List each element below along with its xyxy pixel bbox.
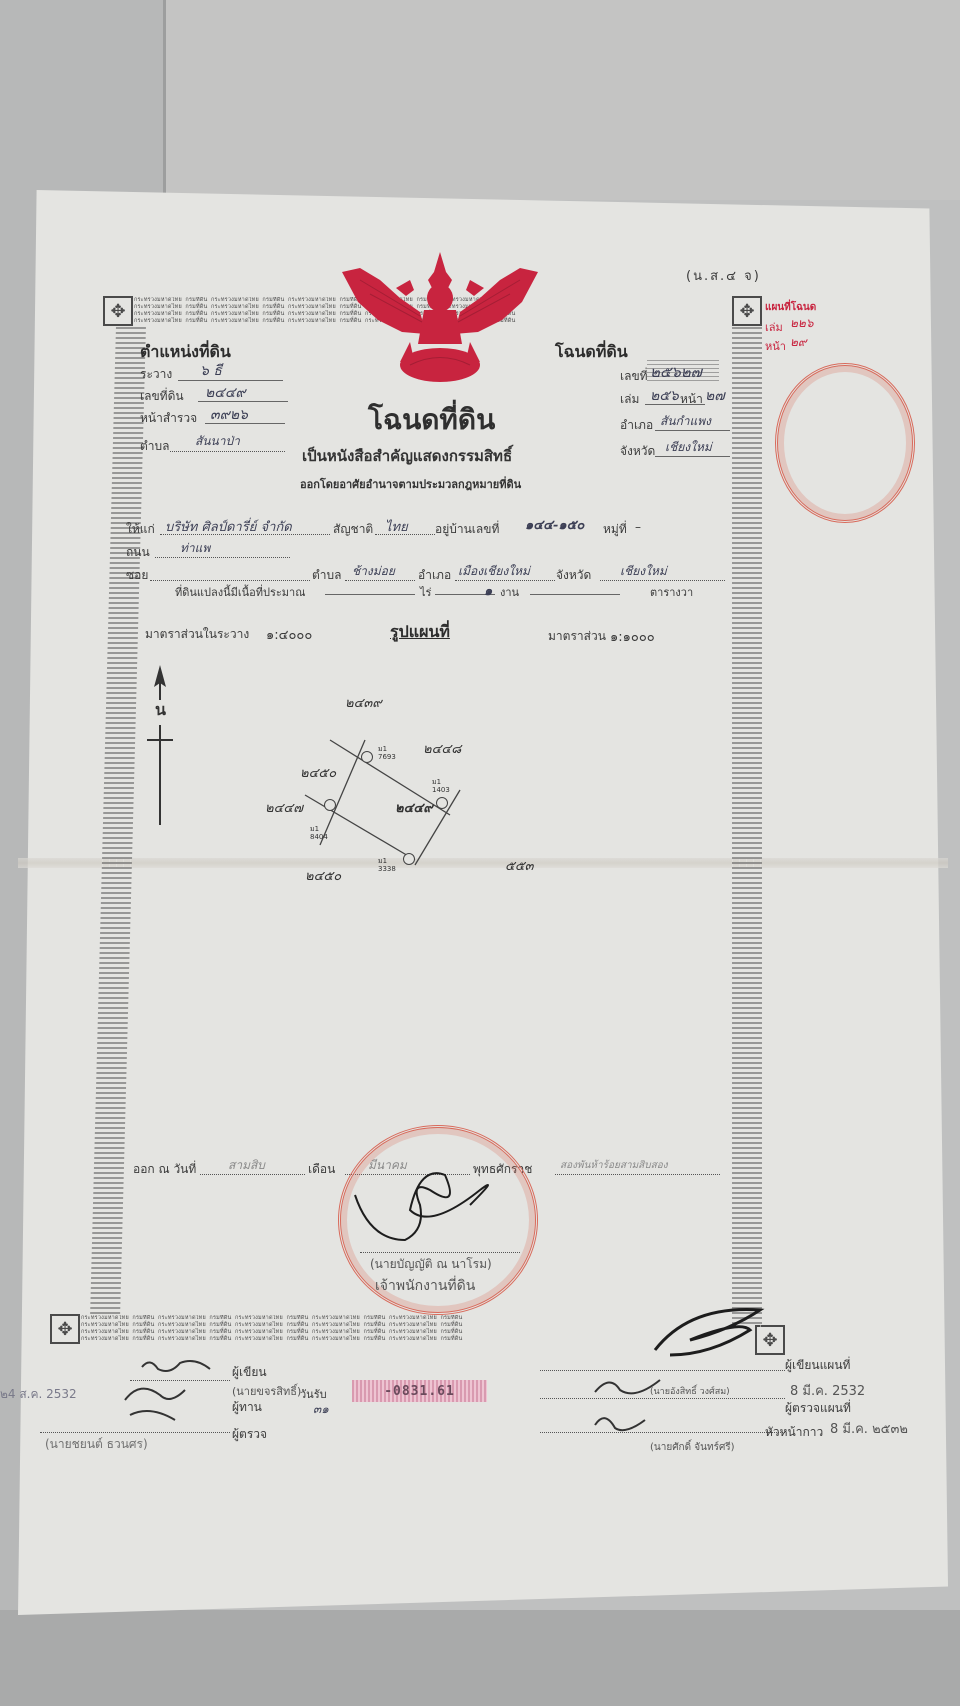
field-underline xyxy=(155,557,290,558)
field-underline xyxy=(530,594,620,595)
paper-fold-crease xyxy=(18,858,948,868)
checker-signature-icon xyxy=(115,1375,195,1425)
land-location-label-tambon: ตำบล xyxy=(140,437,170,456)
boundary-marker-icon xyxy=(436,797,448,809)
field-underline xyxy=(40,1432,230,1433)
form-code: (น.ส.๔ จ) xyxy=(686,265,761,286)
authority-line: ออกโดยอาศัยอำนาจตามประมวลกฎหมายที่ดิน xyxy=(300,475,521,493)
deed-number-value: ๒๕๖๒๗ xyxy=(650,360,702,384)
parcel-label-subject: ๒๔๔๙ xyxy=(395,797,433,818)
deed-page-label: หน้า xyxy=(680,390,703,409)
map-scale-left-label: มาตราส่วนในระวาง xyxy=(145,625,249,644)
field-underline xyxy=(170,451,285,452)
side-stamp-volume-value: ๒๒๖ xyxy=(790,314,813,333)
field-underline xyxy=(360,1252,520,1253)
deed-amphoe-label: อำเภอ xyxy=(620,416,653,435)
ngan-value: ๑ xyxy=(484,580,492,601)
field-underline xyxy=(375,534,435,535)
field-underline xyxy=(600,580,725,581)
field-underline xyxy=(655,430,730,431)
corner-ornament-icon: ✥ xyxy=(103,296,133,326)
tambon-value: ช้างม่อย xyxy=(352,562,395,581)
marker-label: ม18404 xyxy=(310,825,328,841)
field-underline xyxy=(655,456,730,457)
field-underline xyxy=(150,580,310,581)
field-underline xyxy=(198,401,288,402)
corner-ornament-icon: ✥ xyxy=(50,1314,80,1344)
parcel-label: ๒๔๕๐ xyxy=(305,865,341,886)
marker-label: ม17693 xyxy=(378,745,396,761)
land-location-value-sheet: ๖ ธี xyxy=(200,360,222,382)
field-underline xyxy=(200,1174,305,1175)
address-label: อยู่บ้านเลขที่ xyxy=(435,520,499,539)
tambon-label: ตำบล xyxy=(312,566,342,585)
serial-number: -0831.61 xyxy=(352,1380,487,1402)
background-seam xyxy=(163,0,166,200)
ngan-label: งาน xyxy=(500,583,519,601)
field-underline xyxy=(540,1370,785,1371)
province-label: จังหวัด xyxy=(556,566,591,585)
map-heading: รูปแผนที่ xyxy=(390,620,450,645)
issued-month-label: เดือน xyxy=(308,1160,335,1179)
field-underline xyxy=(540,1398,785,1399)
official-signature-icon xyxy=(350,1170,510,1260)
parcel-label: ๕๕๓ xyxy=(505,855,534,876)
north-label: น xyxy=(155,698,166,723)
deed-info-heading: โฉนดที่ดิน xyxy=(555,340,628,365)
map-scale-right-label: มาตราส่วน xyxy=(548,627,606,646)
side-stamp-volume-label: เล่ม xyxy=(765,318,783,336)
map-scale-right-value: ๑:๑๐๐๐ xyxy=(610,626,655,647)
land-location-label-sheet: ระวาง xyxy=(140,365,172,384)
deed-province-value: เชียงใหม่ xyxy=(665,438,712,457)
deed-number-label: เลขที่ xyxy=(620,367,648,386)
issued-year-value: สองพันห้าร้อยสามสิบสอง xyxy=(560,1158,668,1173)
road-value: ท่าแพ xyxy=(180,539,210,558)
address-value: ๑๔๔-๑๕๐ xyxy=(525,514,584,535)
chief-label: หัวหน้ากาว xyxy=(765,1423,823,1442)
map-checker-label: ผู้ตรวจแผนที่ xyxy=(785,1399,851,1418)
parcel-label: ๒๔๓๙ xyxy=(345,692,382,713)
amphoe-value: เมืองเชียงใหม่ xyxy=(458,562,530,581)
parcel-label: ๒๔๕๐ xyxy=(300,762,336,783)
checker-date-stamp: ๒4 ส.ค. 2532 xyxy=(0,1385,77,1404)
land-location-label-survey: หน้าสำรวจ xyxy=(140,409,197,428)
chief-name: (นายศักดิ์ จันทร์ศรี) xyxy=(650,1440,735,1455)
map-writer-signature-icon xyxy=(650,1300,770,1360)
land-location-value-tambon: สันนาป่า xyxy=(195,432,240,451)
area-intro: ที่ดินแปลงนี้มีเนื้อที่ประมาณ xyxy=(175,583,305,601)
boundary-marker-icon xyxy=(361,751,373,763)
field-underline xyxy=(178,380,283,381)
soi-label: ซอย xyxy=(126,566,148,585)
parcel-label: ๒๔๔๗ xyxy=(265,797,303,818)
deed-amphoe-value: สันกำแพง xyxy=(660,412,711,431)
writer-label: ผู้เขียน xyxy=(232,1363,267,1382)
issued-date-label: ออก ณ วันที่ xyxy=(133,1160,196,1179)
moo-value: – xyxy=(635,520,641,534)
field-underline xyxy=(455,580,555,581)
land-office-seal-icon xyxy=(775,363,915,523)
parcel-label: ๒๔๔๘ xyxy=(423,738,461,759)
field-underline xyxy=(160,534,330,535)
corner-ornament-icon: ✥ xyxy=(732,296,762,326)
nationality-label: สัญชาติ xyxy=(333,520,373,539)
inspector-name: (นายชยนต์ ธวนศร) xyxy=(45,1435,148,1454)
deed-page-value: ๒๗ xyxy=(705,385,725,407)
side-stamp-title: แผนที่โฉนด xyxy=(765,300,816,315)
land-location-label-parcel: เลขที่ดิน xyxy=(140,387,184,406)
chief-date: 8 มี.ค. ๒๕๓๒ xyxy=(830,1418,908,1439)
field-underline xyxy=(205,423,285,424)
marker-label: ม13338 xyxy=(378,857,396,873)
border-text-right xyxy=(732,327,762,1327)
deed-province-label: จังหวัด xyxy=(620,442,655,461)
owner-label: ให้แก่ xyxy=(126,520,155,539)
road-label: ถนน xyxy=(126,543,150,562)
deed-volume-label: เล่ม xyxy=(620,390,639,409)
field-underline xyxy=(345,580,415,581)
chief-signature-icon xyxy=(590,1410,650,1440)
map-checker-date: 8 มี.ค. 2532 xyxy=(790,1380,865,1401)
official-title: เจ้าพนักงานที่ดิน xyxy=(375,1275,475,1297)
rai-label: ไร่ xyxy=(420,583,431,601)
garuda-emblem-icon xyxy=(340,250,540,385)
map-writer-label: ผู้เขียนแผนที่ xyxy=(785,1356,850,1375)
received-value: ๓๑ xyxy=(313,1400,329,1419)
document-subtitle: เป็นหนังสือสำคัญแสดงกรรมสิทธิ์ xyxy=(302,444,512,468)
checker-label: ผู้ทาน xyxy=(232,1398,262,1417)
document-title: โฉนดที่ดิน xyxy=(368,398,495,442)
boundary-marker-icon xyxy=(324,799,336,811)
boundary-marker-icon xyxy=(403,853,415,865)
background-top-surface xyxy=(165,0,960,200)
side-stamp-page-label: หน้า xyxy=(765,337,786,355)
north-arrow-icon xyxy=(145,665,175,830)
map-checker-name: (นายอังสิทธิ์ วงศ์สม) xyxy=(650,1384,730,1398)
wa-label: ตารางวา xyxy=(650,583,693,601)
background-bottom-surface xyxy=(0,1610,960,1706)
field-underline xyxy=(555,1174,720,1175)
official-name: (นายบัญญัติ ณ นาโรม) xyxy=(370,1255,492,1274)
map-scale-left-value: ๑:๔๐๐๐ xyxy=(266,624,312,645)
field-underline xyxy=(540,1432,785,1433)
moo-label: หมู่ที่ xyxy=(603,520,627,539)
issued-day-value: สามสิบ xyxy=(228,1156,265,1175)
marker-label: ม11403 xyxy=(432,778,450,794)
field-underline xyxy=(325,594,415,595)
province-value: เชียงใหม่ xyxy=(620,562,667,581)
side-stamp-page-value: ๒๙ xyxy=(790,333,807,352)
inspector-label: ผู้ตรวจ xyxy=(232,1425,267,1444)
